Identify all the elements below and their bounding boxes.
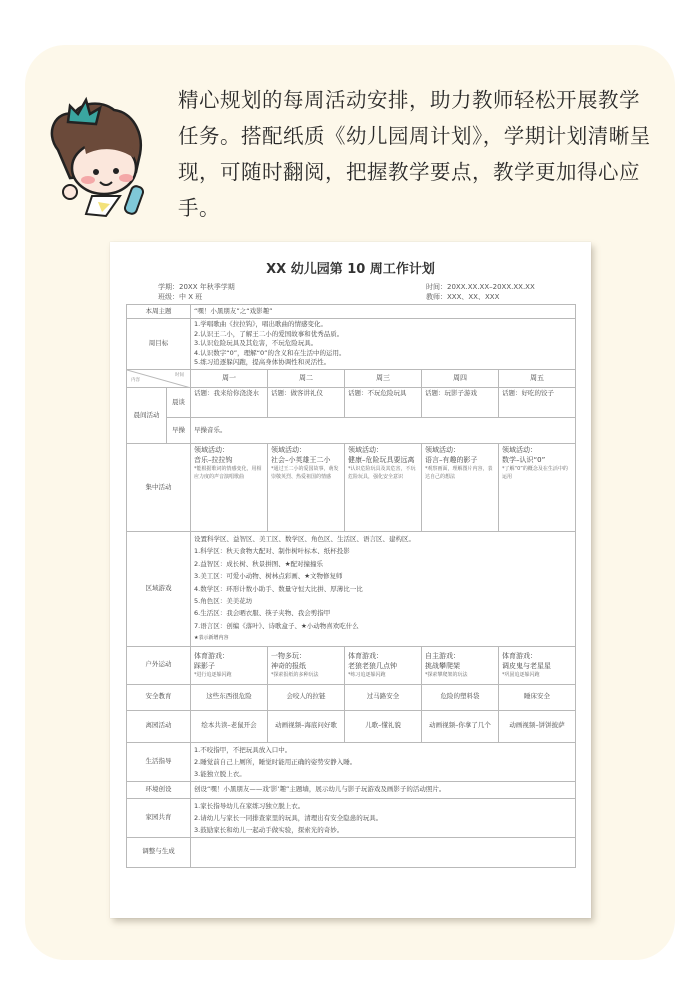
focus-note: *通过王二小的爱国故事，萌发崇敬英烈、热爱祖国的情感 — [271, 465, 341, 481]
safety-cell: 这些东西很危险 — [191, 684, 268, 710]
outdoor-title: 踩影子 — [194, 661, 264, 671]
day-header: 周二 — [268, 369, 345, 387]
outdoor-title: 神奇的报纸 — [271, 661, 341, 671]
environment-row: 环境创设 创设“嘿！小黑朋友——戏‘影’趣”主题墙，展示幼儿与影子玩游戏及画影子… — [127, 781, 576, 798]
focus-cell: 领域活动： 语言–有趣的影子 *观察画面，理解图片内容，表达自己的想法 — [422, 443, 499, 531]
focus-cell: 领域活动： 社会–小英雄王二小 *通过王二小的爱国故事，萌发崇敬英烈、热爱祖国的… — [268, 443, 345, 531]
outdoor-title: 老狼老狼几点钟 — [348, 661, 418, 671]
focus-note: *了解“0”的概念及在生活中的运用 — [502, 465, 572, 481]
talk-cell: 话题：玩影子游戏 — [422, 387, 499, 417]
talk-cell: 话题：我来给你浇浇水 — [191, 387, 268, 417]
focus-title: 社会–小英雄王二小 — [271, 455, 341, 465]
exercise-label: 早操 — [167, 417, 191, 443]
adjust-row: 调整与生成 — [127, 837, 576, 867]
adjust-value — [191, 837, 576, 867]
intro-text: 精心规划的每周活动安排，助力教师轻松开展教学任务。搭配纸质《幼儿园周计划》，学期… — [178, 82, 658, 226]
life-label: 生活指导 — [127, 742, 191, 781]
focus-head: 领域活动： — [502, 445, 572, 455]
area-item: 3.美工区：可爱小动物、树林点彩画、★文物修复师 — [194, 570, 572, 582]
focus-note: *认识危险玩具及其危害，不玩危险玩具，强化安全意识 — [348, 465, 418, 481]
meta-right: 时间：20XX.XX.XX–20XX.XX.XX 教师：XXX、XX、XXX — [426, 282, 535, 302]
focus-note: *能根据歌词的情感变化，用相应力度的声音演唱歌曲 — [194, 465, 264, 481]
outdoor-note: *巩固追逐躲闪跑 — [502, 671, 572, 679]
theme-label: 本周主题 — [127, 305, 191, 319]
life-item: 2.睡觉前自己上厕所，睡觉时能用正确的姿势安静入睡。 — [194, 756, 572, 768]
family-item: 3.鼓励家长和幼儿一起动手做实验，探索光的奇妙。 — [194, 824, 572, 836]
day-header: 周四 — [422, 369, 499, 387]
focus-cell: 领域活动： 音乐–拉拉钩 *能根据歌词的情感变化，用相应力度的声音演唱歌曲 — [191, 443, 268, 531]
corner-top-label: 时间 — [175, 371, 184, 381]
life-item: 3.能独立脱上衣。 — [194, 768, 572, 780]
family-list: 1.家长指导幼儿在家练习独立脱上衣。 2.请幼儿与家长一同排查家里的玩具，清理出… — [191, 798, 576, 837]
area-item: 4.数学区：环形计数小助手、数量守恒大比拼、厚薄比一比 — [194, 583, 572, 595]
goals-row: 周目标 1.学唱歌曲《拉拉钩》，唱出歌曲的情感变化。 2.认识王二小，了解王二小… — [127, 319, 576, 370]
goal-item: 5.练习追逐躲闪跑，提高身体协调性和灵活性。 — [194, 358, 572, 368]
outdoor-note: *探索攀爬架的玩法 — [425, 671, 495, 679]
talk-cell: 话题：做客讲礼仪 — [268, 387, 345, 417]
talk-cell: 话题：不玩危险玩具 — [345, 387, 422, 417]
life-list: 1.不咬指甲，不把玩具放入口中。 2.睡觉前自己上厕所，睡觉时能用正确的姿势安静… — [191, 742, 576, 781]
wrap-cell: 动画视频–你拿了几个 — [422, 710, 499, 742]
focus-label: 集中活动 — [127, 443, 191, 531]
life-row: 生活指导 1.不咬指甲，不把玩具放入口中。 2.睡觉前自己上厕所，睡觉时能用正确… — [127, 742, 576, 781]
goal-item: 2.认识王二小，了解王二小的爱国故事和优秀品质。 — [194, 330, 572, 340]
outdoor-head: 自主游戏： — [425, 651, 495, 661]
morning-talk-row: 晨间活动 晨谈 话题：我来给你浇浇水 话题：做客讲礼仪 话题：不玩危险玩具 话题… — [127, 387, 576, 417]
goals-list: 1.学唱歌曲《拉拉钩》，唱出歌曲的情感变化。 2.认识王二小，了解王二小的爱国故… — [191, 319, 576, 370]
outdoor-head: 一物多玩： — [271, 651, 341, 661]
outdoor-cell: 体育游戏： 调皮鬼与老星星 *巩固追逐躲闪跑 — [499, 646, 576, 684]
focus-cell: 领域活动： 健康–危险玩具要远离 *认识危险玩具及其危害，不玩危险玩具，强化安全… — [345, 443, 422, 531]
morning-exercise-row: 早操 早操音乐。 — [127, 417, 576, 443]
outdoor-cell: 一物多玩： 神奇的报纸 *探索报纸的多种玩法 — [268, 646, 345, 684]
outdoor-head: 体育游戏： — [502, 651, 572, 661]
theme-value: “嘿！小黑朋友”之“戏影趣” — [191, 305, 576, 319]
focus-title: 音乐–拉拉钩 — [194, 455, 264, 465]
exercise-value: 早操音乐。 — [191, 417, 576, 443]
days-header-row: 时间 内容 周一 周二 周三 周四 周五 — [127, 369, 576, 387]
area-item: 2.益智区：成长树、秋景拼图、★配对撞撞乐 — [194, 558, 572, 570]
wrap-cell: 动画视频–海底问好歌 — [268, 710, 345, 742]
area-row: 区域游戏 设置科学区、益智区、美工区、数学区、角色区、生活区、语言区、建构区。 … — [127, 531, 576, 646]
family-label: 家园共育 — [127, 798, 191, 837]
class-label: 班级：中 X 班 — [158, 292, 235, 302]
talk-label: 晨谈 — [167, 387, 191, 417]
focus-cell: 领域活动： 数学–认识“0” *了解“0”的概念及在生活中的运用 — [499, 443, 576, 531]
focus-head: 领域活动： — [194, 445, 264, 455]
weekly-plan-document: XX 幼儿园第 10 周工作计划 学期：20XX 年秋季学期 班级：中 X 班 … — [110, 242, 591, 918]
area-label: 区域游戏 — [127, 531, 191, 646]
document-title: XX 幼儿园第 10 周工作计划 — [110, 258, 591, 277]
talk-cell: 话题：好吃的饺子 — [499, 387, 576, 417]
adjust-label: 调整与生成 — [127, 837, 191, 867]
focus-row: 集中活动 领域活动： 音乐–拉拉钩 *能根据歌词的情感变化，用相应力度的声音演唱… — [127, 443, 576, 531]
girl-mascot-icon — [40, 92, 160, 222]
outdoor-head: 体育游戏： — [194, 651, 264, 661]
outdoor-note: *进行追逐躲闪跑 — [194, 671, 264, 679]
semester-label: 学期：20XX 年秋季学期 — [158, 282, 235, 292]
outdoor-cell: 体育游戏： 老狼老狼几点钟 *练习追逐躲闪跑 — [345, 646, 422, 684]
area-list: 设置科学区、益智区、美工区、数学区、角色区、生活区、语言区、建构区。 1.科学区… — [191, 531, 576, 646]
focus-head: 领域活动： — [425, 445, 495, 455]
life-item: 1.不咬指甲，不把玩具放入口中。 — [194, 744, 572, 756]
focus-head: 领域活动： — [348, 445, 418, 455]
day-header: 周三 — [345, 369, 422, 387]
outdoor-note: *练习追逐躲闪跑 — [348, 671, 418, 679]
focus-title: 健康–危险玩具要远离 — [348, 455, 418, 465]
goals-label: 周目标 — [127, 319, 191, 370]
safety-label: 安全教育 — [127, 684, 191, 710]
corner-cell: 时间 内容 — [127, 369, 191, 387]
area-item: 1.科学区：秋天食物大配对、制作树叶标本、纸杯投影 — [194, 545, 572, 557]
area-item: 6.生活区：我会晒衣服、筷子夹物、我会剪指甲 — [194, 607, 572, 619]
safety-cell: 危险的塑料袋 — [422, 684, 499, 710]
wrap-cell: 绘本共读–老鼠开会 — [191, 710, 268, 742]
plan-table: 本周主题 “嘿！小黑朋友”之“戏影趣” 周目标 1.学唱歌曲《拉拉钩》，唱出歌曲… — [126, 304, 576, 868]
safety-cell: 过马路安全 — [345, 684, 422, 710]
corner-bottom-label: 内容 — [131, 376, 140, 386]
day-header: 周一 — [191, 369, 268, 387]
goal-item: 4.认识数字“0”，理解“0”的含义和在生活中的运用。 — [194, 349, 572, 359]
outdoor-title: 挑战攀爬架 — [425, 661, 495, 671]
focus-head: 领域活动： — [271, 445, 341, 455]
safety-cell: 睡床安全 — [499, 684, 576, 710]
wrap-cell: 动画视频–饼饼披萨 — [499, 710, 576, 742]
theme-row: 本周主题 “嘿！小黑朋友”之“戏影趣” — [127, 305, 576, 319]
area-item: 7.语言区：创编《落叶》、诗歌盒子、★小动物喜欢吃什么 — [194, 620, 572, 632]
family-row: 家园共育 1.家长指导幼儿在家练习独立脱上衣。 2.请幼儿与家长一同排查家里的玩… — [127, 798, 576, 837]
outdoor-label: 户外运动 — [127, 646, 191, 684]
teachers-label: 教师：XXX、XX、XXX — [426, 292, 535, 302]
meta-left: 学期：20XX 年秋季学期 班级：中 X 班 — [158, 282, 235, 302]
outdoor-row: 户外运动 体育游戏： 踩影子 *进行追逐躲闪跑 一物多玩： 神奇的报纸 *探索报… — [127, 646, 576, 684]
family-item: 2.请幼儿与家长一同排查家里的玩具，清理出有安全隐患的玩具。 — [194, 812, 572, 824]
outdoor-cell: 体育游戏： 踩影子 *进行追逐躲闪跑 — [191, 646, 268, 684]
wrap-cell: 儿歌–懂礼貌 — [345, 710, 422, 742]
outdoor-title: 调皮鬼与老星星 — [502, 661, 572, 671]
safety-cell: 会咬人的拉链 — [268, 684, 345, 710]
wrap-label: 离园活动 — [127, 710, 191, 742]
family-item: 1.家长指导幼儿在家练习独立脱上衣。 — [194, 800, 572, 812]
goal-item: 1.学唱歌曲《拉拉钩》，唱出歌曲的情感变化。 — [194, 320, 572, 330]
focus-title: 语言–有趣的影子 — [425, 455, 495, 465]
outdoor-cell: 自主游戏： 挑战攀爬架 *探索攀爬架的玩法 — [422, 646, 499, 684]
outdoor-note: *探索报纸的多种玩法 — [271, 671, 341, 679]
morning-label: 晨间活动 — [127, 387, 167, 443]
area-item: ★表示新增内容 — [194, 632, 572, 644]
time-label: 时间：20XX.XX.XX–20XX.XX.XX — [426, 282, 535, 292]
area-item: 5.角色区：美美花坊 — [194, 595, 572, 607]
safety-row: 安全教育 这些东西很危险 会咬人的拉链 过马路安全 危险的塑料袋 睡床安全 — [127, 684, 576, 710]
outdoor-head: 体育游戏： — [348, 651, 418, 661]
focus-note: *观察画面，理解图片内容，表达自己的想法 — [425, 465, 495, 481]
area-item: 设置科学区、益智区、美工区、数学区、角色区、生活区、语言区、建构区。 — [194, 533, 572, 545]
wrap-row: 离园活动 绘本共读–老鼠开会 动画视频–海底问好歌 儿歌–懂礼貌 动画视频–你拿… — [127, 710, 576, 742]
focus-title: 数学–认识“0” — [502, 455, 572, 465]
environment-value: 创设“嘿！小黑朋友——戏‘影’趣”主题墙，展示幼儿与影子玩游戏及画影子的活动照片… — [191, 781, 576, 798]
environment-label: 环境创设 — [127, 781, 191, 798]
day-header: 周五 — [499, 369, 576, 387]
goal-item: 3.认识危险玩具及其危害，不玩危险玩具。 — [194, 339, 572, 349]
